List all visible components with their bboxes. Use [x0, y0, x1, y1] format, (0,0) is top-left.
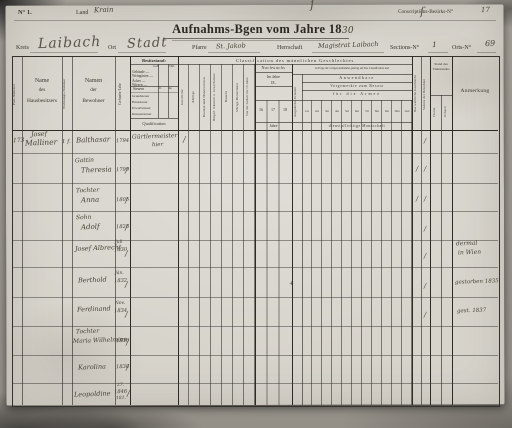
- class-group: Von der Geburt bis 15 Jahre: [246, 66, 254, 128]
- resident-name: Gattin: [75, 158, 94, 165]
- tally-mark: /: [125, 197, 128, 205]
- form-title: Aufnahms-Bgen vom Jahre 1830: [148, 22, 378, 37]
- class-group: Geistliche: [181, 66, 188, 128]
- besitz-title: Besitzstand:: [130, 58, 178, 64]
- besitz-unit-klafter: □Kl.: [169, 65, 175, 69]
- pfarre-value: St. Jakob: [216, 42, 246, 50]
- tally-mark: /: [126, 339, 129, 347]
- tally-mark: /: [424, 138, 427, 145]
- section-value: 1: [432, 41, 437, 49]
- col-bewohner: der: [72, 88, 115, 94]
- vieh-col-ochsen: Ochsen: [444, 97, 451, 127]
- tally-mark: /: [127, 390, 130, 398]
- remark: dermal: [456, 241, 478, 248]
- tally-mark: /: [125, 311, 128, 319]
- grid-vline: [158, 64, 159, 118]
- grid-vline: [430, 56, 431, 405]
- row-line: [12, 355, 498, 356]
- class-group: Übrige Dienstleute: [236, 66, 243, 128]
- resident-name: Ferdinand: [77, 305, 111, 313]
- armee-title: für die Armee: [302, 92, 412, 97]
- klassen-col: 2er: [312, 110, 322, 114]
- klassen-foot: dienstpflichtige Mannschaft: [302, 124, 412, 128]
- owner-name: Malliner: [25, 138, 57, 147]
- header-rule: [14, 20, 496, 21]
- col-owner: des: [22, 88, 62, 94]
- anwendbare-note: In Folge der vorigen Aufnahme gehörig au…: [298, 67, 407, 70]
- tally-mark: /: [416, 166, 419, 173]
- col-bewohner: Namen: [72, 78, 115, 85]
- besitz-tax-row: Haussteuer: [132, 100, 148, 104]
- birth-month: Jän.: [115, 272, 124, 277]
- besitz-tax-row: Klassensteuer: [132, 112, 151, 116]
- value-underline: [118, 52, 166, 53]
- col-owner: Name: [22, 78, 62, 85]
- besitz-tax-header: Steuern: [133, 87, 144, 91]
- nachwuchs-line1: Im Jahre: [255, 75, 292, 80]
- value-underline: [428, 52, 448, 53]
- klassen-col: 3er: [322, 110, 332, 114]
- nachwuchs-age: 16: [255, 108, 267, 113]
- house-number: 173: [13, 138, 25, 144]
- besitz-unit-joch: Joch: [153, 65, 159, 69]
- col-geburtsjahr: Geburts-Jahr: [118, 60, 128, 128]
- header-bottom-rule: [12, 130, 498, 131]
- klassen-col: 10er: [392, 110, 402, 114]
- klassen-col: 9er: [382, 110, 392, 114]
- section-label: Sections-N°: [390, 45, 419, 52]
- resident-name: Berthold: [78, 277, 107, 284]
- herrschaft-value: Magistrat Laibach: [318, 41, 379, 50]
- row-line: [12, 297, 498, 298]
- grid-vline: [421, 56, 422, 405]
- land-value: Krain: [94, 7, 114, 15]
- classification-title: Classification des männlichen Geschlecht…: [178, 58, 412, 64]
- remark: in Wien: [458, 250, 481, 257]
- klassen-col: 1er: [302, 110, 312, 114]
- nachwuchs-foot: Jahre: [255, 124, 292, 129]
- vorgemerkte-title: Vorgemerkte zum Besatz: [302, 84, 412, 88]
- row-line: [12, 153, 498, 154]
- ort-value: Stadt: [127, 36, 168, 50]
- row-line: [12, 183, 498, 184]
- resident-name: Tochter: [76, 329, 99, 336]
- grid-vline: [22, 56, 23, 405]
- klassen-column-grid: [302, 100, 412, 405]
- col-post-number: Post-Nummer: [13, 60, 22, 128]
- nachwuchs-age: 17: [267, 108, 279, 113]
- besitz-footer: Qualification: [130, 121, 178, 126]
- resident-name: Karolina: [78, 364, 106, 371]
- resident-name: Leopoldine: [74, 390, 111, 398]
- vieh-col-pferde: Pferde: [433, 97, 440, 127]
- klassen-col: 6er: [352, 110, 362, 114]
- birth-month: Nov.: [115, 302, 125, 307]
- nachwuchs-title: Nachwuchs: [255, 65, 292, 70]
- col-summe: Summe der Bewohner: [423, 60, 430, 128]
- birth-month: Juli: [115, 241, 123, 246]
- besitz-tax-row: Erwerbsteuer: [132, 106, 151, 110]
- wohnung-no: 1 f.: [62, 140, 71, 146]
- tally-mark: /: [125, 224, 128, 232]
- ort-label: Ort: [108, 45, 116, 52]
- value-underline: [30, 52, 98, 53]
- klassen-col: 4er: [332, 110, 342, 114]
- col-owner: Hausbesitzers: [22, 98, 62, 104]
- klassen-col: 8er: [372, 110, 382, 114]
- birth-year-extra: 181.: [116, 397, 126, 402]
- nachwuchs-age: 18: [279, 108, 291, 113]
- col-weiblich: Das weibliche Geschlecht: [414, 60, 421, 128]
- grid-vline: [115, 56, 116, 405]
- grid-hline: [130, 118, 178, 119]
- tally-mark: /: [424, 226, 427, 233]
- birth-year: 1794: [116, 139, 129, 145]
- grid-hline: [130, 92, 178, 93]
- value-underline: [477, 52, 496, 53]
- form-title-year: 30: [342, 26, 354, 36]
- besitz-tax-fl: fl.: [159, 87, 162, 91]
- tally-mark: /: [424, 312, 427, 319]
- sheet-number: N° 1.: [18, 9, 32, 17]
- bezirk-value: 17: [481, 7, 490, 14]
- grid-hline: [255, 100, 412, 101]
- class-group: Bauern: [225, 66, 232, 128]
- klassen-col: 5er: [342, 110, 352, 114]
- bezirk-label: Conscriptions-Bezirks-N°: [398, 9, 453, 15]
- grid-vline: [452, 56, 453, 405]
- plus-mark: +: [289, 281, 294, 287]
- tally-mark: /: [424, 283, 427, 290]
- grid-hline: [430, 95, 452, 96]
- nachwuchs-line2: 18..: [255, 81, 292, 86]
- tally-mark: /: [424, 253, 427, 260]
- row-line: [12, 211, 498, 212]
- tally-mark: /: [125, 250, 128, 258]
- row-line: [12, 326, 498, 327]
- pfarre-label: Pfarre: [192, 45, 207, 52]
- ink-squiggle: ſ: [310, 0, 315, 11]
- col-wohnungs-number: Wohnungs-Nummer: [63, 60, 72, 128]
- class-group: Adelige: [192, 66, 199, 128]
- anwendbare-title: Anwendbare: [302, 75, 412, 80]
- class-side-col: Ausgediente Urlauber: [294, 78, 301, 126]
- grid-vline: [72, 56, 73, 405]
- tally-mark: /: [416, 196, 419, 203]
- grid-hline: [178, 64, 412, 65]
- herrschaft-label: Herrschaft: [277, 45, 302, 52]
- owner-name: Josef: [31, 131, 47, 138]
- resident-name: Sohn: [76, 215, 92, 222]
- land-label: Land: [76, 10, 88, 17]
- grid-vline: [178, 56, 179, 405]
- remark: gest. 1837: [457, 308, 486, 315]
- tally-mark: /: [125, 167, 128, 175]
- row-line: [12, 240, 498, 241]
- value-underline: [208, 52, 260, 53]
- grid-hline: [255, 86, 292, 87]
- col-bewohner: Bewohner: [72, 98, 115, 104]
- row-line: [12, 383, 498, 384]
- tally-mark: /: [183, 136, 186, 144]
- grid-vline: [168, 64, 169, 118]
- tally-mark: /: [126, 364, 129, 372]
- orts-value: 69: [485, 40, 495, 48]
- resident-name: Tochter: [76, 188, 99, 195]
- occupation: hier: [152, 143, 163, 149]
- tally-mark: /: [424, 166, 427, 173]
- row-line: [12, 267, 498, 268]
- class-group: Bürgerl. Künstler u. Gewerbsleute: [213, 66, 222, 128]
- col-anmerkung: Anmerkung: [452, 88, 498, 95]
- resident-name: Anna: [81, 197, 99, 205]
- nachwuchs-column-grid: [255, 100, 291, 405]
- grid-vline: [441, 95, 442, 405]
- orts-label: Orts-N°: [452, 45, 471, 52]
- kreis-label: Kreis: [16, 45, 29, 52]
- form-title-text: Aufnahms-Bgen vom Jahre 18: [172, 22, 342, 36]
- resident-name: Adolf: [81, 224, 100, 232]
- birth-year: 1846: [114, 390, 127, 396]
- photo-background: N° 1. Land Krain ſ ſ Conscriptions-Bezir…: [0, 0, 512, 428]
- vieh-title: Stand des Viehstandes: [430, 62, 452, 73]
- title-underline: [163, 38, 349, 39]
- kreis-value: Laibach: [38, 35, 102, 51]
- class-group: Beamte und Honoratioren: [203, 66, 210, 128]
- klassen-col: 7er: [362, 110, 372, 114]
- resident-name: Balthasar: [76, 136, 110, 144]
- title-underline-2: [172, 40, 340, 41]
- tally-mark: /: [424, 196, 427, 203]
- grid-hline: [255, 72, 292, 73]
- tally-mark: /: [125, 281, 128, 289]
- value-underline: [312, 52, 384, 53]
- besitz-tax-row: Grundsteuer: [132, 94, 149, 98]
- klassen-col: 11er: [402, 110, 412, 114]
- besitz-tax-kr: kr.: [169, 87, 172, 91]
- resident-name: Theresia: [81, 166, 112, 174]
